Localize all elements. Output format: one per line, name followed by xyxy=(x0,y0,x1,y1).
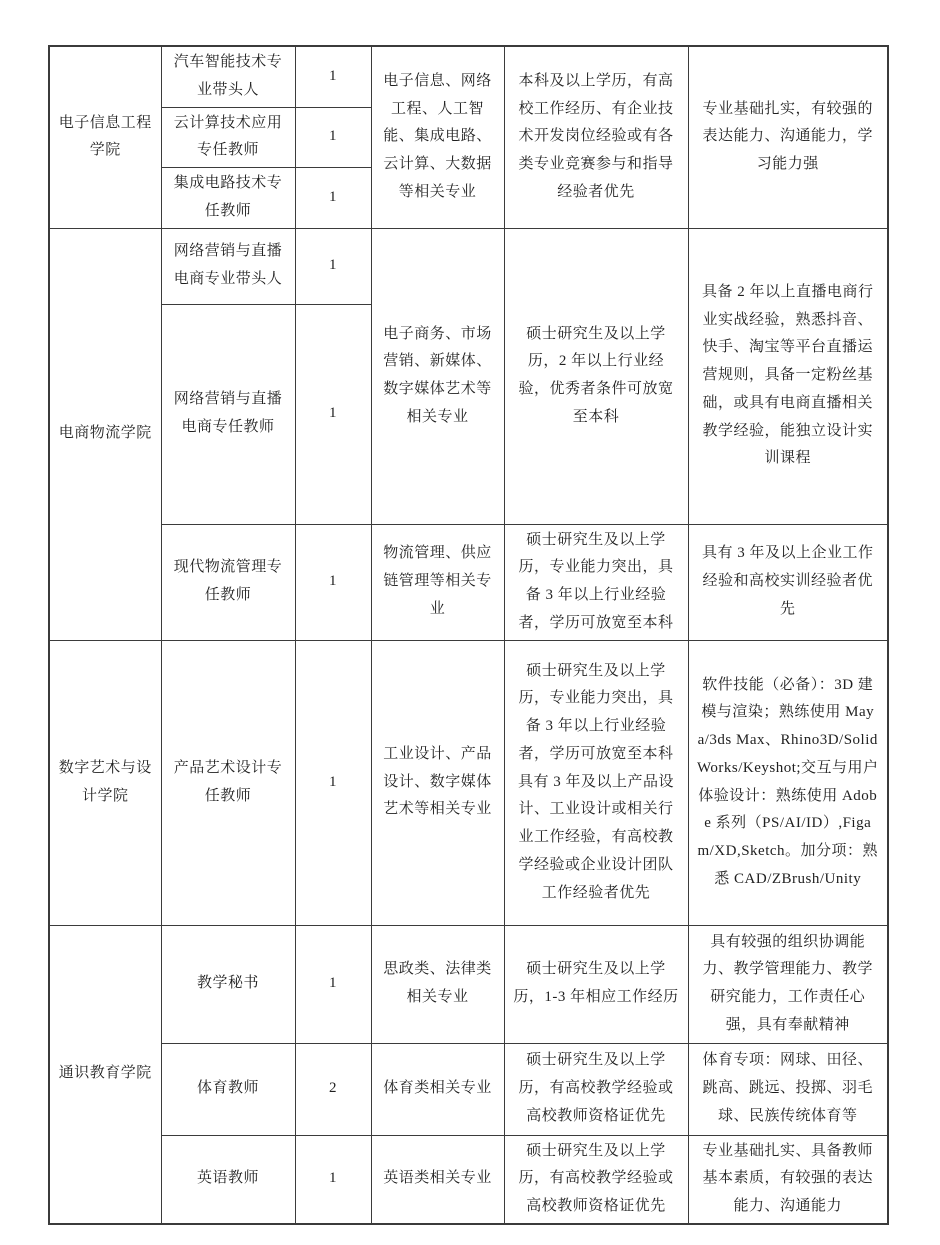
count-cell: 1 xyxy=(295,524,371,640)
education-cell: 硕士研究生及以上学历，专业能力突出，具备 3 年以上行业经验者，学历可放宽至本科 xyxy=(504,524,688,640)
count-cell: 1 xyxy=(295,640,371,925)
count-cell: 1 xyxy=(295,46,371,107)
position-cell: 体育教师 xyxy=(161,1043,295,1135)
table-row: 通识教育学院 教学秘书 1 思政类、法律类相关专业 硕士研究生及以上学历，1-3… xyxy=(49,925,888,1043)
other-cell: 具有较强的组织协调能力、教学管理能力、教学研究能力，工作责任心强，具有奉献精神 xyxy=(688,925,888,1043)
major-cell: 思政类、法律类相关专业 xyxy=(371,925,504,1043)
table-row: 数字艺术与设计学院 产品艺术设计专任教师 1 工业设计、产品设计、数字媒体艺术等… xyxy=(49,640,888,925)
table-row: 英语教师 1 英语类相关专业 硕士研究生及以上学历，有高校教学经验或高校教师资格… xyxy=(49,1135,888,1224)
table-row: 现代物流管理专任教师 1 物流管理、供应链管理等相关专业 硕士研究生及以上学历，… xyxy=(49,524,888,640)
position-cell: 网络营销与直播电商专任教师 xyxy=(161,304,295,524)
other-cell: 体育专项：网球、田径、跳高、跳远、投掷、羽毛球、民族传统体育等 xyxy=(688,1043,888,1135)
college-cell: 电商物流学院 xyxy=(49,228,161,640)
major-cell: 电子商务、市场营销、新媒体、数字媒体艺术等相关专业 xyxy=(371,228,504,524)
count-cell: 1 xyxy=(295,107,371,168)
education-cell: 硕士研究生及以上学历，有高校教学经验或高校教师资格证优先 xyxy=(504,1043,688,1135)
college-cell: 通识教育学院 xyxy=(49,925,161,1224)
position-cell: 集成电路技术专任教师 xyxy=(161,168,295,229)
major-cell: 工业设计、产品设计、数字媒体艺术等相关专业 xyxy=(371,640,504,925)
college-cell: 电子信息工程学院 xyxy=(49,46,161,228)
other-cell: 专业基础扎实，有较强的表达能力、沟通能力，学习能力强 xyxy=(688,46,888,228)
count-cell: 1 xyxy=(295,304,371,524)
education-cell: 硕士研究生及以上学历，有高校教学经验或高校教师资格证优先 xyxy=(504,1135,688,1224)
count-cell: 2 xyxy=(295,1043,371,1135)
major-cell: 体育类相关专业 xyxy=(371,1043,504,1135)
table-row: 电商物流学院 网络营销与直播电商专业带头人 1 电子商务、市场营销、新媒体、数字… xyxy=(49,228,888,304)
count-cell: 1 xyxy=(295,925,371,1043)
table-row: 体育教师 2 体育类相关专业 硕士研究生及以上学历，有高校教学经验或高校教师资格… xyxy=(49,1043,888,1135)
document-page: 电子信息工程学院 汽车智能技术专业带头人 1 电子信息、网络工程、人工智能、集成… xyxy=(0,0,940,1245)
position-cell: 汽车智能技术专业带头人 xyxy=(161,46,295,107)
education-cell: 硕士研究生及以上学历，1-3 年相应工作经历 xyxy=(504,925,688,1043)
position-cell: 云计算技术应用专任教师 xyxy=(161,107,295,168)
table-row: 电子信息工程学院 汽车智能技术专业带头人 1 电子信息、网络工程、人工智能、集成… xyxy=(49,46,888,107)
position-cell: 产品艺术设计专任教师 xyxy=(161,640,295,925)
education-cell: 硕士研究生及以上学历，专业能力突出，具备 3 年以上行业经验者，学历可放宽至本科… xyxy=(504,640,688,925)
other-cell: 专业基础扎实、具备教师基本素质，有较强的表达能力、沟通能力 xyxy=(688,1135,888,1224)
major-cell: 英语类相关专业 xyxy=(371,1135,504,1224)
position-cell: 教学秘书 xyxy=(161,925,295,1043)
position-cell: 现代物流管理专任教师 xyxy=(161,524,295,640)
education-cell: 硕士研究生及以上学历，2 年以上行业经验，优秀者条件可放宽至本科 xyxy=(504,228,688,524)
major-cell: 电子信息、网络工程、人工智能、集成电路、云计算、大数据等相关专业 xyxy=(371,46,504,228)
count-cell: 1 xyxy=(295,168,371,229)
count-cell: 1 xyxy=(295,1135,371,1224)
position-cell: 英语教师 xyxy=(161,1135,295,1224)
position-cell: 网络营销与直播电商专业带头人 xyxy=(161,228,295,304)
other-cell: 具有 3 年及以上企业工作经验和高校实训经验者优先 xyxy=(688,524,888,640)
other-cell: 具备 2 年以上直播电商行业实战经验，熟悉抖音、快手、淘宝等平台直播运营规则，具… xyxy=(688,228,888,524)
college-cell: 数字艺术与设计学院 xyxy=(49,640,161,925)
count-cell: 1 xyxy=(295,228,371,304)
education-cell: 本科及以上学历，有高校工作经历、有企业技术开发岗位经验或有各类专业竞赛参与和指导… xyxy=(504,46,688,228)
other-cell: 软件技能（必备）：3D 建模与渲染；熟练使用 Maya/3ds Max、Rhin… xyxy=(688,640,888,925)
recruitment-table: 电子信息工程学院 汽车智能技术专业带头人 1 电子信息、网络工程、人工智能、集成… xyxy=(48,45,889,1225)
major-cell: 物流管理、供应链管理等相关专业 xyxy=(371,524,504,640)
